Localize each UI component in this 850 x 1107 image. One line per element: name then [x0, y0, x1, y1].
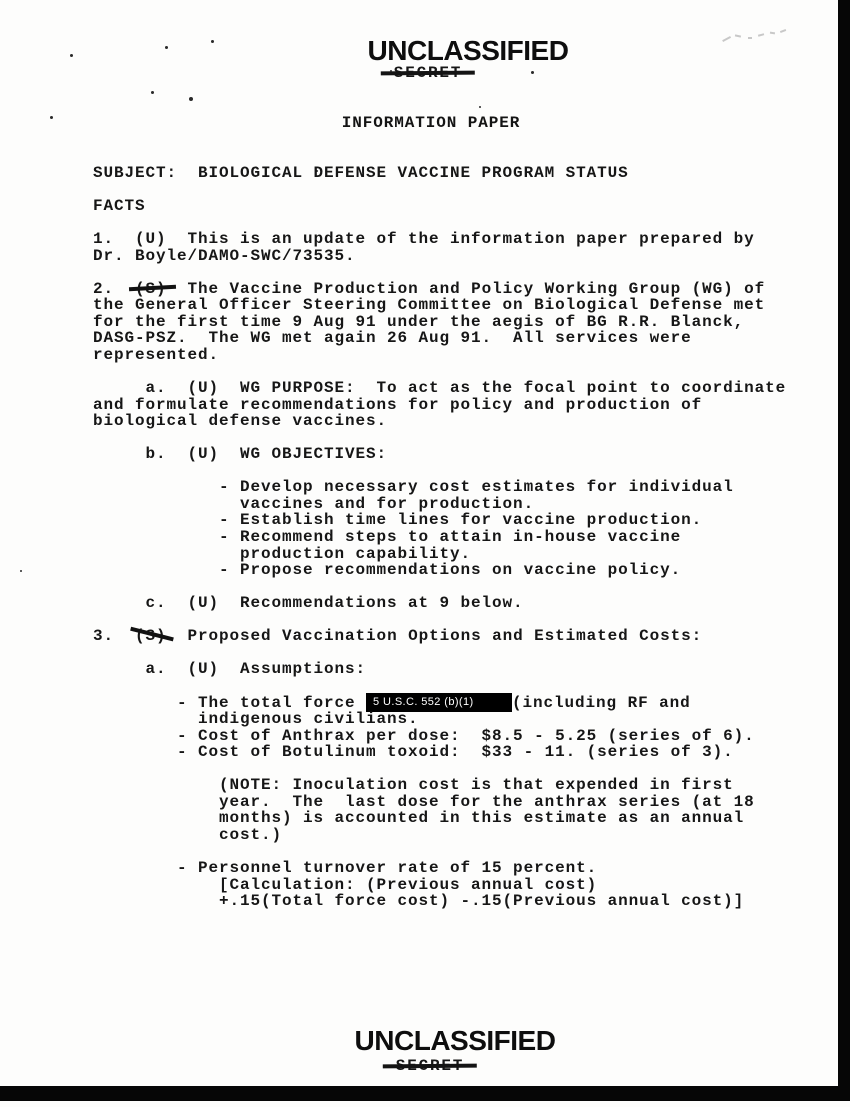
blank-line: [93, 429, 786, 446]
para1-line: Dr. Boyle/DAMO-SWC/73535.: [93, 247, 786, 264]
para3-intro-line: 3. (S) Proposed Vaccination Options and …: [93, 627, 786, 644]
blank-line: [93, 611, 786, 628]
scan-speckle: [390, 70, 392, 72]
scan-speckle: [165, 46, 168, 49]
turnover-line: [Calculation: (Previous annual cost): [93, 876, 786, 893]
pencil-annotation: [722, 28, 788, 44]
scan-edge-bar-bottom: [0, 1086, 850, 1101]
objective-line: - Recommend steps to attain in-house vac…: [93, 528, 786, 545]
para3a-line: a. (U) Assumptions:: [93, 660, 786, 677]
objective-line: production capability.: [93, 545, 786, 562]
scan-speckle: [189, 97, 193, 101]
scan-speckle: [151, 91, 154, 94]
scan-speckle: [211, 40, 214, 43]
note-line: year. The last dose for the anthrax seri…: [93, 793, 786, 810]
facts-heading: FACTS: [93, 197, 786, 214]
objective-line: - Develop necessary cost estimates for i…: [93, 478, 786, 495]
document-body: SUBJECT: BIOLOGICAL DEFENSE VACCINE PROG…: [93, 164, 786, 909]
struck-classification-mark: (S): [135, 280, 167, 298]
assumption-line: - Cost of Botulinum toxoid: $33 - 11. (s…: [93, 743, 786, 760]
para2-line: the General Officer Steering Committee o…: [93, 296, 786, 313]
blank-line: [93, 363, 786, 380]
blank-line: [93, 644, 786, 661]
subject-line: SUBJECT: BIOLOGICAL DEFENSE VACCINE PROG…: [93, 164, 786, 181]
blank-line: [93, 214, 786, 231]
blank-line: [93, 842, 786, 859]
turnover-line: - Personnel turnover rate of 15 percent.: [93, 859, 786, 876]
para2-intro-text: The Vaccine Production and Policy Workin…: [167, 280, 766, 298]
para2-line: for the first time 9 Aug 91 under the ae…: [93, 313, 786, 330]
blank-line: [93, 677, 786, 694]
para2-line: represented.: [93, 346, 786, 363]
document-title: INFORMATION PAPER: [342, 114, 521, 132]
note-line: cost.): [93, 826, 786, 843]
note-line: (NOTE: Inoculation cost is that expended…: [93, 776, 786, 793]
para2c-line: c. (U) Recommendations at 9 below.: [93, 594, 786, 611]
scan-speckle: [50, 116, 53, 119]
header-unclassified-banner: UNCLASSIFIED: [368, 35, 569, 67]
objective-line: vaccines and for production.: [93, 495, 786, 512]
turnover-line: +.15(Total force cost) -.15(Previous ann…: [93, 892, 786, 909]
scan-speckle: [479, 106, 481, 108]
para3-number: 3.: [93, 627, 135, 645]
para3-intro-text: Proposed Vaccination Options and Estimat…: [167, 627, 703, 645]
assumption-line: indigenous civilians.: [93, 710, 786, 727]
note-line: months) is accounted in this estimate as…: [93, 809, 786, 826]
assumption-text-before: - The total force: [93, 694, 366, 712]
blank-line: [93, 760, 786, 777]
para2a-line: and formulate recommendations for policy…: [93, 396, 786, 413]
blank-line: [93, 462, 786, 479]
classification-s: (S): [135, 627, 167, 645]
assumption-text-after: (including RF and: [512, 694, 691, 712]
blank-line: [93, 578, 786, 595]
para2-intro-line: 2. (S) The Vaccine Production and Policy…: [93, 280, 786, 297]
para2a-line: a. (U) WG PURPOSE: To act as the focal p…: [93, 379, 786, 396]
para2b-line: b. (U) WG OBJECTIVES:: [93, 445, 786, 462]
scan-speckle: [20, 570, 22, 572]
header-struck-secret-banner: SECRET: [394, 64, 462, 82]
classification-s: (S): [135, 280, 167, 298]
scan-edge-strip-right: [838, 0, 850, 1101]
footer-unclassified-banner: UNCLASSIFIED: [355, 1025, 556, 1057]
scan-speckle: [531, 71, 534, 74]
para2-line: DASG-PSZ. The WG met again 26 Aug 91. Al…: [93, 329, 786, 346]
assumption-line: - Cost of Anthrax per dose: $8.5 - 5.25 …: [93, 727, 786, 744]
objective-line: - Establish time lines for vaccine produ…: [93, 511, 786, 528]
objective-line: - Propose recommendations on vaccine pol…: [93, 561, 786, 578]
struck-classification-mark: (S): [135, 627, 167, 645]
assumption-redacted-line: - The total force 5 U.S.C. 552 (b)(1)(in…: [93, 694, 786, 711]
blank-line: [93, 263, 786, 280]
scanned-document-page: UNCLASSIFIED SECRET INFORMATION PAPER SU…: [0, 0, 850, 1107]
footer-struck-secret-banner: SECRET: [396, 1057, 464, 1075]
para1-line: 1. (U) This is an update of the informat…: [93, 230, 786, 247]
blank-line: [93, 181, 786, 198]
redaction-box: 5 U.S.C. 552 (b)(1): [366, 693, 512, 712]
para2a-line: biological defense vaccines.: [93, 412, 786, 429]
scan-speckle: [70, 54, 73, 57]
